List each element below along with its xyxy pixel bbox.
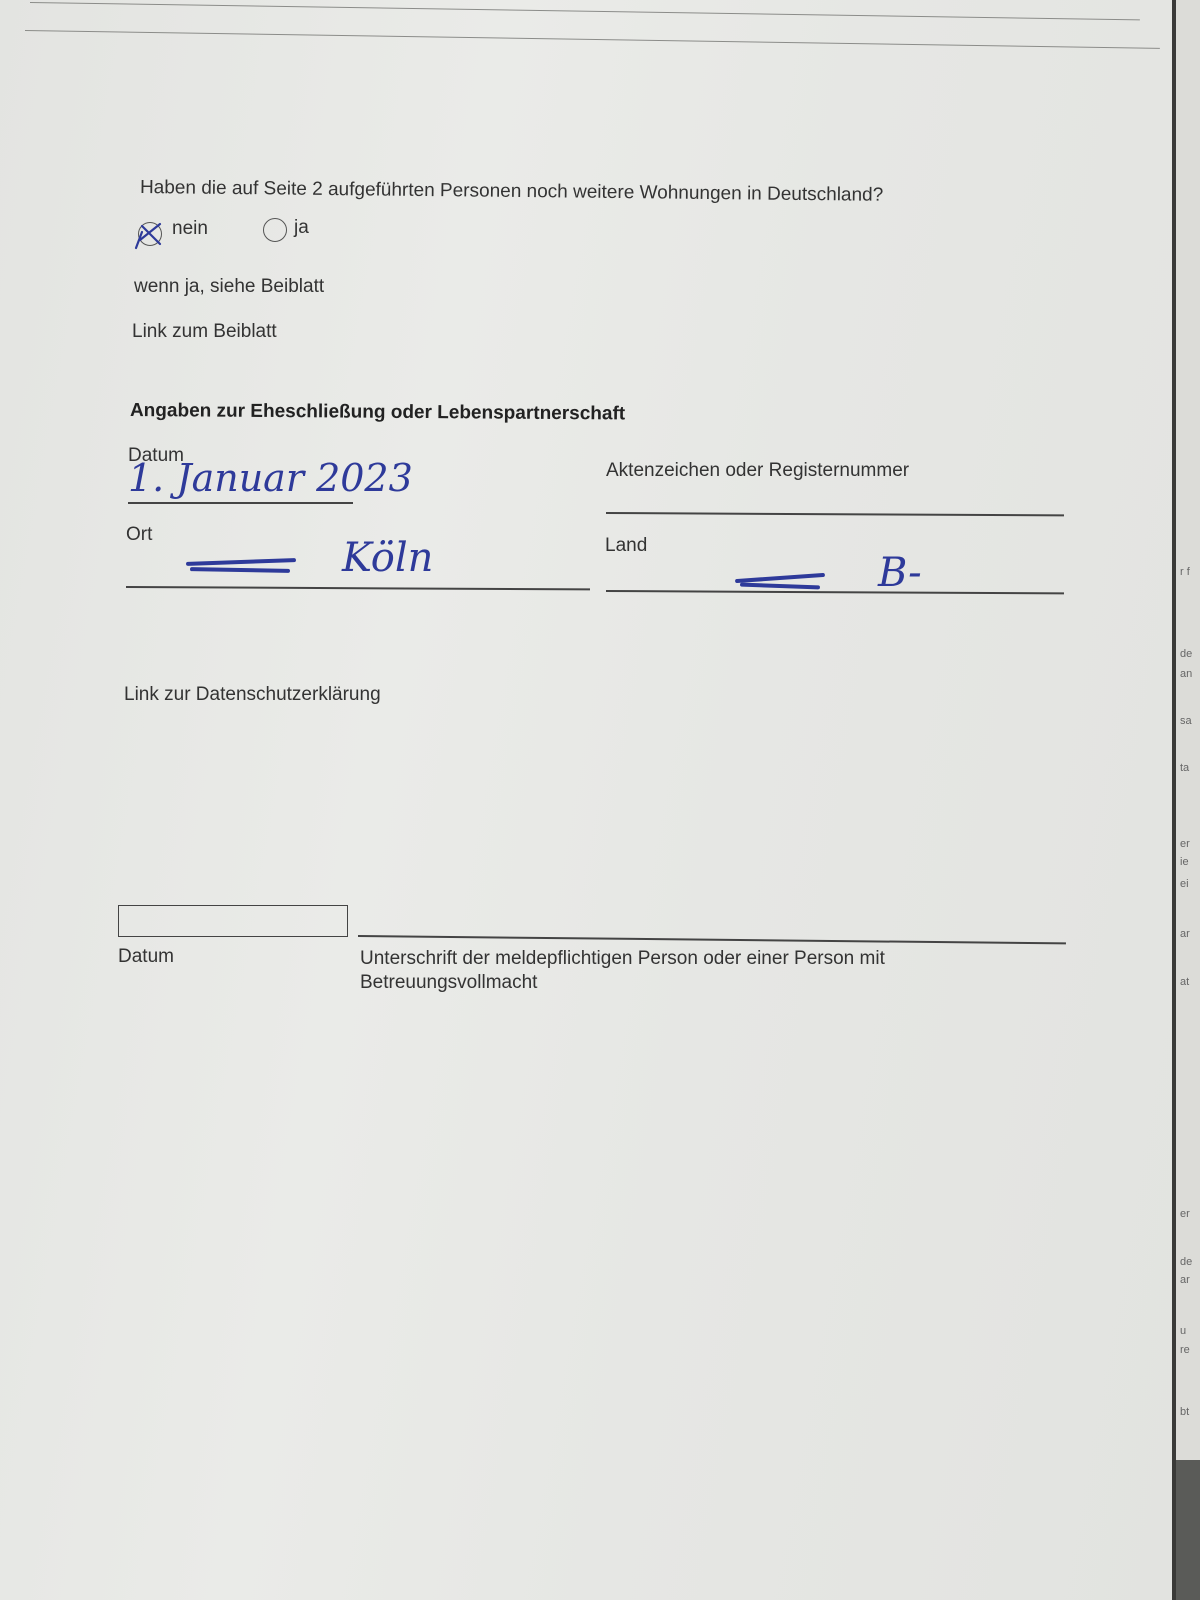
- privacy-policy-link[interactable]: Link zur Datenschutzerklärung: [124, 684, 381, 706]
- marriage-date-value[interactable]: 1. Januar 2023: [128, 456, 413, 500]
- marriage-place-value[interactable]: Köln: [342, 535, 433, 581]
- underlying-page-edge: r f de an sa ta er ie ei ar at er de ar …: [1172, 0, 1200, 1600]
- signature-label-line1: Unterschrift der meldepflichtigen Person…: [360, 948, 885, 970]
- beiblatt-link[interactable]: Link zum Beiblatt: [132, 321, 277, 343]
- radio-label-ja: ja: [294, 217, 309, 239]
- register-number-line[interactable]: [606, 512, 1064, 516]
- page-fragment: er: [1180, 838, 1190, 850]
- question-text: Haben die auf Seite 2 aufgeführten Perso…: [140, 177, 883, 207]
- page-fragment: an: [1180, 668, 1192, 680]
- page-fragment: ta: [1180, 762, 1189, 774]
- page-fragment: re: [1180, 1344, 1190, 1356]
- country-value[interactable]: B-: [878, 550, 922, 596]
- signature-label-line2: Betreuungsvollmacht: [360, 972, 537, 994]
- page-fragment: ie: [1180, 856, 1189, 868]
- marriage-section-heading: Angaben zur Eheschließung oder Lebenspar…: [130, 400, 625, 425]
- signature-date-field[interactable]: [118, 905, 348, 937]
- page-fragment: bt: [1180, 1406, 1189, 1418]
- top-rule-1: [30, 2, 1140, 20]
- signature-date-label: Datum: [118, 946, 174, 968]
- page-fragment: at: [1180, 976, 1189, 988]
- country-label: Land: [605, 535, 647, 557]
- form-page: Haben die auf Seite 2 aufgeführten Perso…: [0, 0, 1172, 1600]
- handwritten-check-icon: [130, 214, 174, 258]
- page-fragment: ar: [1180, 928, 1190, 940]
- page-fragment: de: [1180, 1256, 1192, 1268]
- country-line: [606, 590, 1064, 594]
- register-number-label: Aktenzeichen oder Registernummer: [606, 460, 909, 482]
- marriage-date-line: [128, 502, 353, 504]
- marriage-place-label: Ort: [126, 524, 152, 546]
- page-fragment: u: [1180, 1325, 1186, 1337]
- top-rule-2: [25, 30, 1160, 49]
- marriage-place-line: [126, 586, 590, 590]
- page-fragment: er: [1180, 1208, 1190, 1220]
- radio-label-nein: nein: [172, 218, 208, 240]
- page-fragment: sa: [1180, 715, 1192, 727]
- radio-ja[interactable]: [263, 218, 287, 242]
- signature-line[interactable]: [358, 935, 1066, 944]
- page-fragment: ei: [1180, 878, 1189, 890]
- crossed-out-scribble: [735, 573, 825, 583]
- crossed-out-scribble: [740, 583, 820, 590]
- page-fragment: r f: [1180, 566, 1190, 578]
- crossed-out-scribble: [190, 567, 290, 573]
- beiblatt-note: wenn ja, siehe Beiblatt: [134, 276, 324, 298]
- page-fragment: de: [1180, 648, 1192, 660]
- crossed-out-scribble: [186, 558, 296, 566]
- page-fragment: ar: [1180, 1274, 1190, 1286]
- shadow: [1176, 1460, 1200, 1600]
